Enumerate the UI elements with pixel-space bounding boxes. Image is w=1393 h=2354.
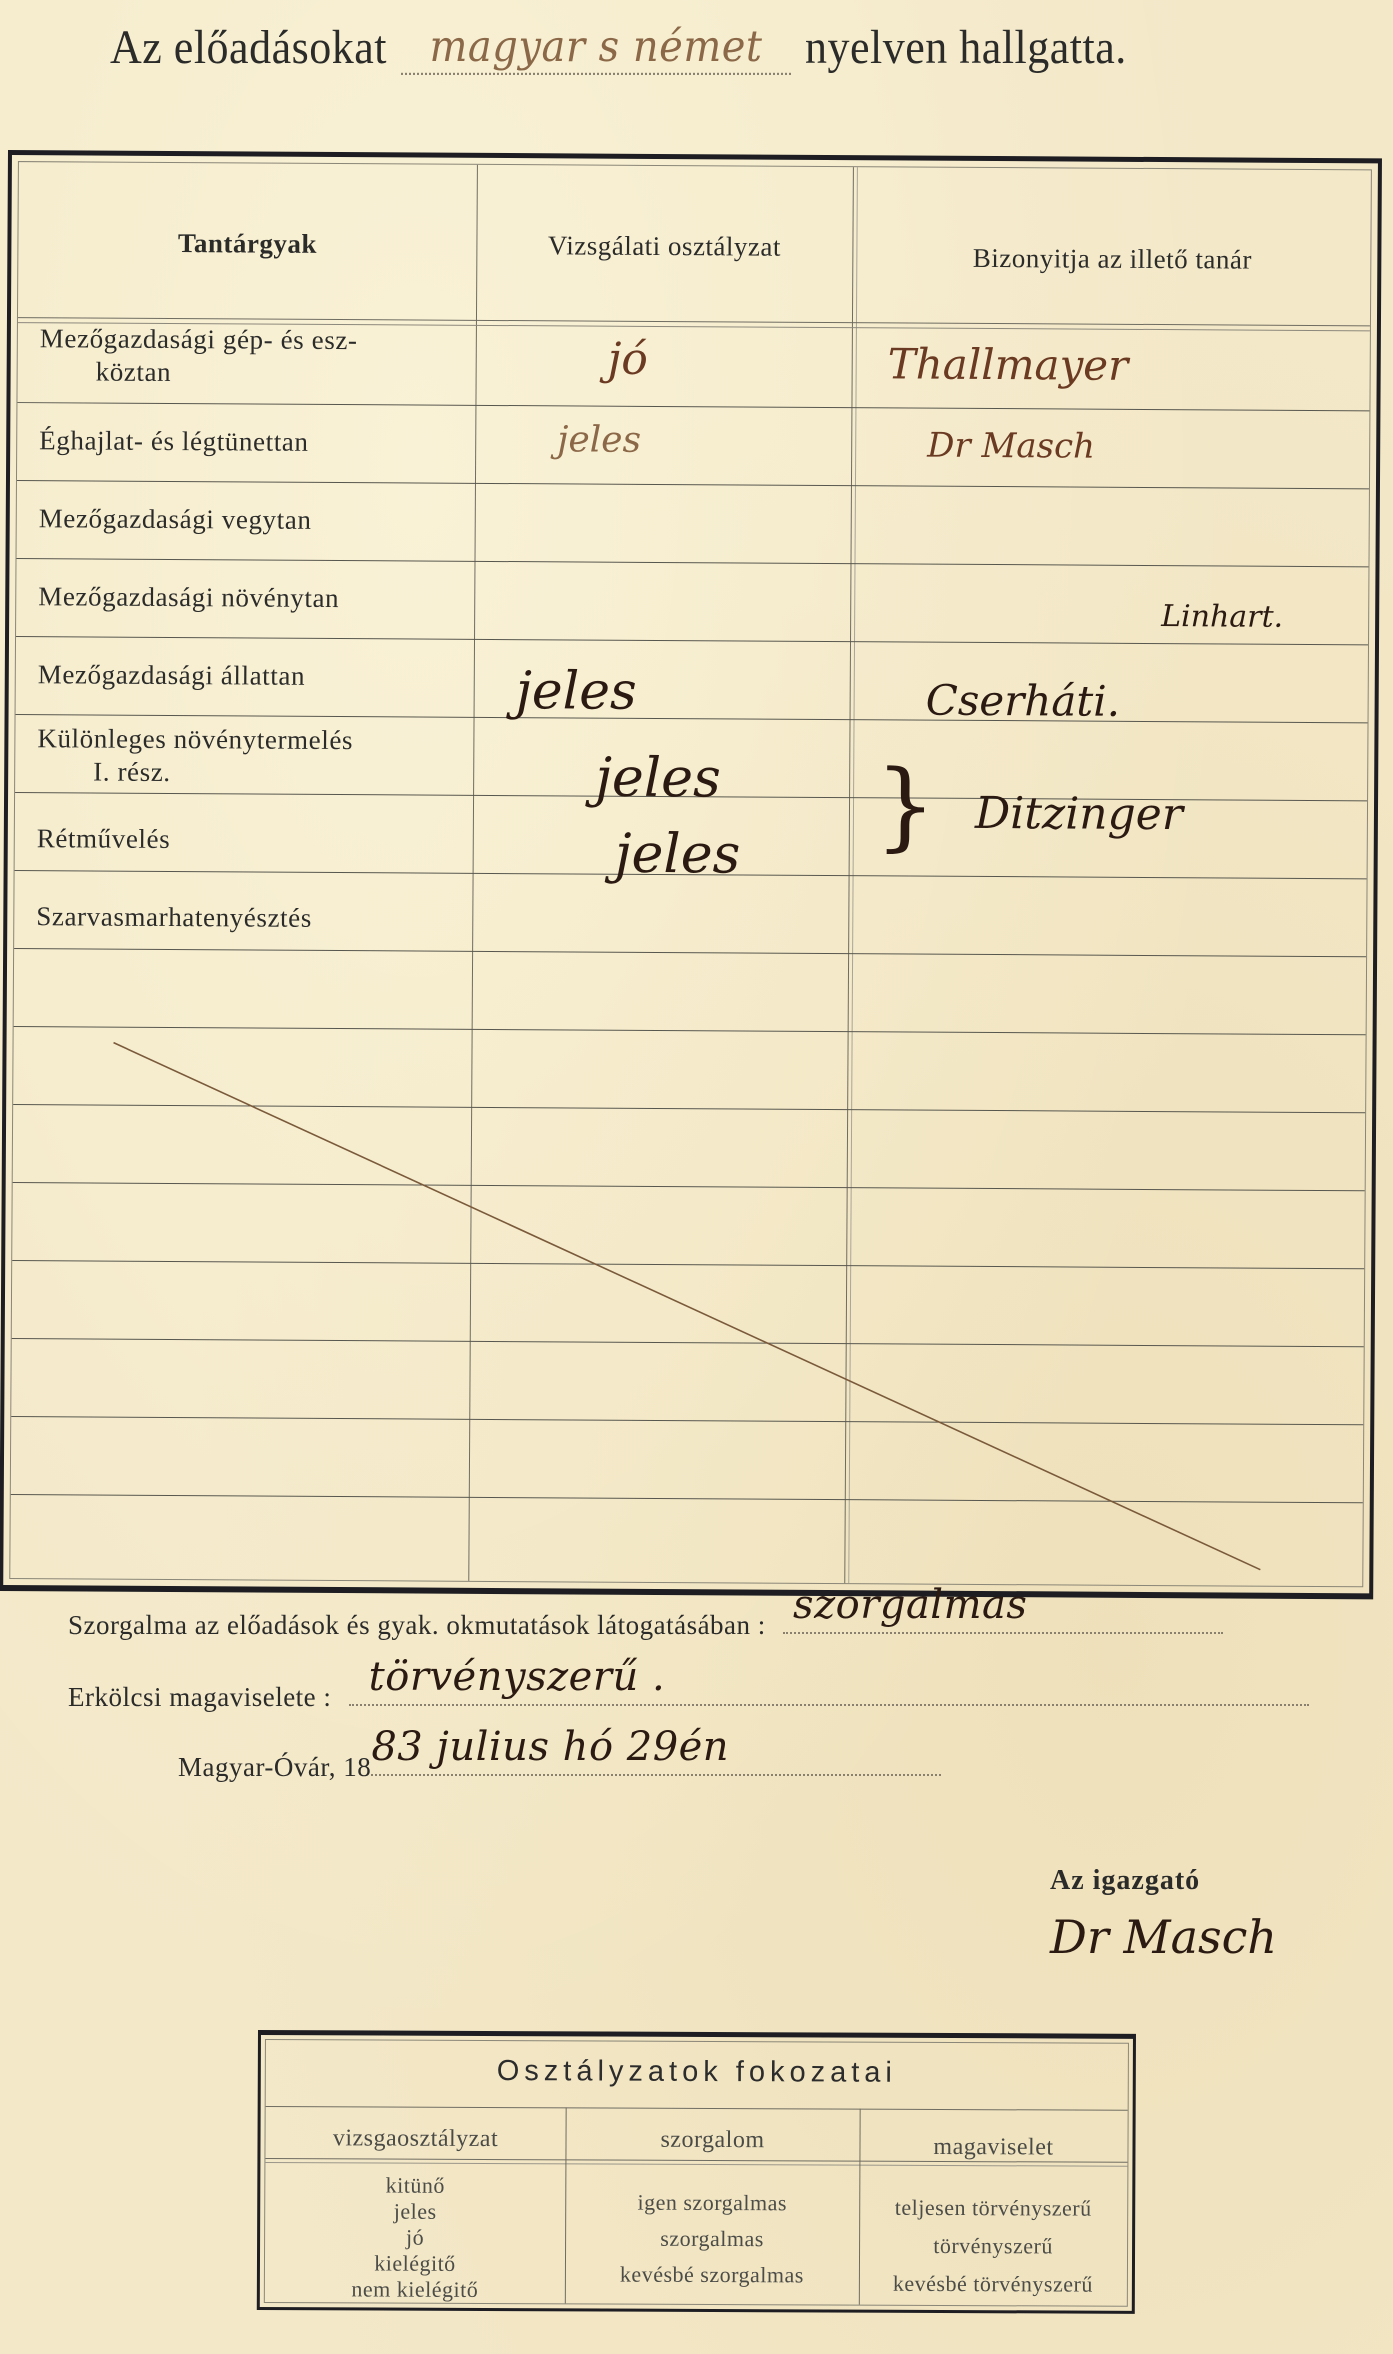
legend-item: kevésbé törvényszerű [859, 2265, 1127, 2304]
row-rule [13, 1104, 1365, 1113]
diligence-field: szorgalmas [783, 1632, 1223, 1634]
grade-value: jeles [557, 419, 641, 461]
legend-item: igen szorgalmas [565, 2184, 859, 2221]
grade-value: jó [608, 334, 648, 385]
director-label: Az igazgató [1050, 1865, 1200, 1897]
row-rule [16, 636, 1368, 645]
grading-scale-legend: Osztályzatok fokozatai vizsgaosztályzat … [257, 2030, 1136, 2314]
subject-text: Rétművelés [37, 823, 171, 854]
title-line: Az előadásokatmagyar s németnyelven hall… [110, 20, 1127, 77]
grades-table-inner: Tantárgyak Vizsgálati osztályzat Bizonyi… [9, 161, 1372, 1587]
subject-text: Szarvasmarhatenyésztés [36, 901, 312, 933]
legend-header-diligence: szorgalom [565, 2119, 859, 2160]
row-rule [11, 1494, 1363, 1503]
title-suffix: nyelven hallgatta. [805, 21, 1127, 74]
table-row-subject: Éghajlat- és légtünettan [39, 424, 309, 459]
date-field: 83 julius hó 29én [371, 1774, 941, 1776]
row-rule [11, 1416, 1363, 1425]
legend-item: jó [265, 2224, 565, 2251]
legend-header-conduct: magaviselet [859, 2127, 1127, 2168]
legend-item: jeles [265, 2198, 565, 2225]
table-row-subject: Mezőgazdasági növénytan [38, 580, 339, 615]
row-rule [17, 480, 1369, 489]
legend-title-rule [266, 2106, 1128, 2111]
table-row-subject: Mezőgazdasági vegytan [39, 502, 312, 537]
subject-text-continued: I. rész. [37, 755, 353, 790]
language-field: magyar s német [401, 18, 791, 75]
teacher-signature: Cserháti. [926, 676, 1121, 726]
row-rule [13, 1182, 1365, 1191]
row-rule [14, 1026, 1366, 1035]
row-rule [12, 1260, 1364, 1269]
subject-text-continued: köztan [40, 355, 358, 390]
row-rule [16, 714, 1368, 723]
legend-item: szorgalmas [565, 2220, 859, 2257]
teacher-signature: Linhart. [1161, 599, 1283, 635]
table-row-subject: Rétművelés [37, 822, 171, 856]
legend-conduct-grades: teljesen törvényszerű törvényszerű kevés… [859, 2177, 1128, 2316]
legend-header-exam: vizsgaosztályzat [265, 2118, 565, 2159]
bracket-icon: } [875, 757, 937, 853]
diligence-row: Szorgalma az előadások és gyak. okmutatá… [68, 1610, 1223, 1641]
grade-value: jeles [595, 746, 721, 810]
diligence-label: Szorgalma az előadások és gyak. okmutatá… [68, 1610, 766, 1640]
subject-text: Mezőgazdasági gép- és esz- [40, 323, 358, 355]
row-rule [14, 948, 1366, 957]
legend-item: nem kielégitő [265, 2276, 565, 2303]
conduct-field: törvényszerű . [349, 1704, 1309, 1706]
diligence-value: szorgalmas [793, 1582, 1027, 1628]
teacher-signature: Thallmayer [888, 339, 1129, 389]
subject-text: Mezőgazdasági növénytan [38, 581, 339, 613]
grades-table: Tantárgyak Vizsgálati osztályzat Bizonyi… [0, 150, 1382, 1599]
table-row-subject: Mezőgazdasági állattan [38, 658, 306, 693]
subject-text: Különleges növénytermelés [37, 723, 353, 755]
table-row-subject: Különleges növénytermelés I. rész. [37, 722, 353, 790]
title-prefix: Az előadásokat [110, 21, 387, 74]
legend-item: törvényszerű [859, 2227, 1127, 2266]
legend-diligence-grades: igen szorgalmas szorgalmas kevésbé szorg… [565, 2169, 860, 2308]
legend-item: kielégitő [265, 2250, 565, 2277]
director-signature: Dr Masch [1050, 1910, 1277, 1964]
conduct-value: törvényszerű . [369, 1654, 666, 1700]
legend-title: Osztályzatok fokozatai [266, 2054, 1128, 2091]
date-value: 83 julius hó 29én [371, 1724, 729, 1770]
legend-item: kevésbé szorgalmas [565, 2256, 859, 2293]
conduct-label: Erkölcsi magaviselete : [68, 1682, 331, 1712]
subject-text: Éghajlat- és légtünettan [39, 425, 308, 457]
legend-inner: Osztályzatok fokozatai vizsgaosztályzat … [264, 2039, 1129, 2307]
table-row-subject: Mezőgazdasági gép- és esz- köztan [40, 322, 358, 390]
legend-exam-grades: kitünő jeles jó kielégitő nem kielégitő [265, 2168, 566, 2307]
legend-item: teljesen törvényszerű [859, 2189, 1127, 2228]
header-grade: Vizsgálati osztályzat [476, 165, 853, 327]
place-date-row: Magyar-Óvár, 1883 julius hó 29én [178, 1752, 941, 1783]
grade-value: jeles [516, 661, 637, 722]
subject-text: Mezőgazdasági állattan [38, 659, 306, 691]
language-handwritten: magyar s német [429, 22, 762, 72]
subject-text: Mezőgazdasági vegytan [39, 503, 312, 535]
header-subjects: Tantárgyak [18, 162, 477, 325]
teacher-signature: Dr Masch [927, 426, 1095, 467]
row-rule [17, 402, 1369, 411]
teacher-signature-shared: Ditzinger [975, 788, 1183, 840]
grade-value: jeles [615, 822, 741, 886]
row-rule [17, 558, 1369, 567]
legend-item: kitünő [265, 2172, 565, 2199]
place-date-label: Magyar-Óvár, 18 [178, 1752, 371, 1782]
header-teacher: Bizonyitja az illető tanár [858, 177, 1367, 340]
row-rule [12, 1338, 1364, 1347]
table-row-subject: Szarvasmarhatenyésztés [36, 900, 312, 935]
conduct-row: Erkölcsi magaviselete : törvényszerű . [68, 1682, 1309, 1713]
